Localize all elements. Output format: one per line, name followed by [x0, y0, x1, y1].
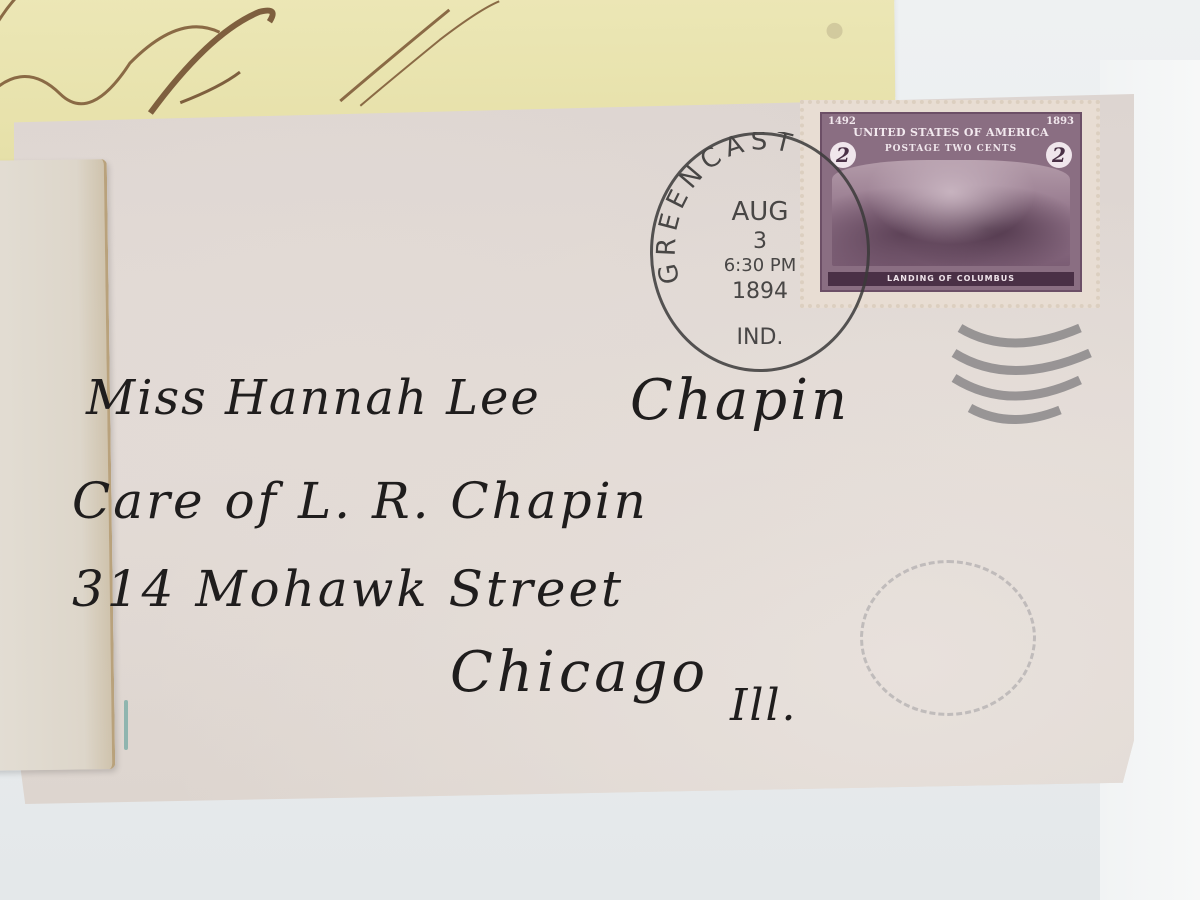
faint-receiving-postmark — [860, 560, 1036, 716]
postmark-day: 3 — [653, 229, 867, 254]
address-state: Ill. — [730, 680, 798, 731]
address-recipient-name: Miss Hannah Lee — [86, 370, 541, 426]
address-city: Chicago — [450, 640, 709, 705]
photo-scene: 1492 1893 UNITED STATES OF AMERICA POSTA… — [0, 0, 1200, 900]
address-care-of: Care of L. R. Chapin — [72, 472, 649, 530]
ink-mark — [124, 700, 128, 750]
postmark-month: AUG — [653, 197, 867, 227]
cancellation-bars-icon — [940, 318, 1100, 438]
postmark-state: IND. — [653, 325, 867, 350]
left-envelope — [0, 159, 115, 771]
address-street: 314 Mohawk Street — [72, 560, 624, 618]
address-recipient-surname: Chapin — [630, 368, 850, 433]
circular-postmark: GREENCASTLE AUG 3 6:30 PM 1894 IND. — [650, 132, 870, 372]
postmark-time: 6:30 PM — [653, 255, 867, 276]
postmark-year: 1894 — [653, 279, 867, 304]
stamp-numeral-right: 2 — [1046, 142, 1072, 168]
stamp-denomination-text: POSTAGE TWO CENTS — [862, 144, 1040, 154]
